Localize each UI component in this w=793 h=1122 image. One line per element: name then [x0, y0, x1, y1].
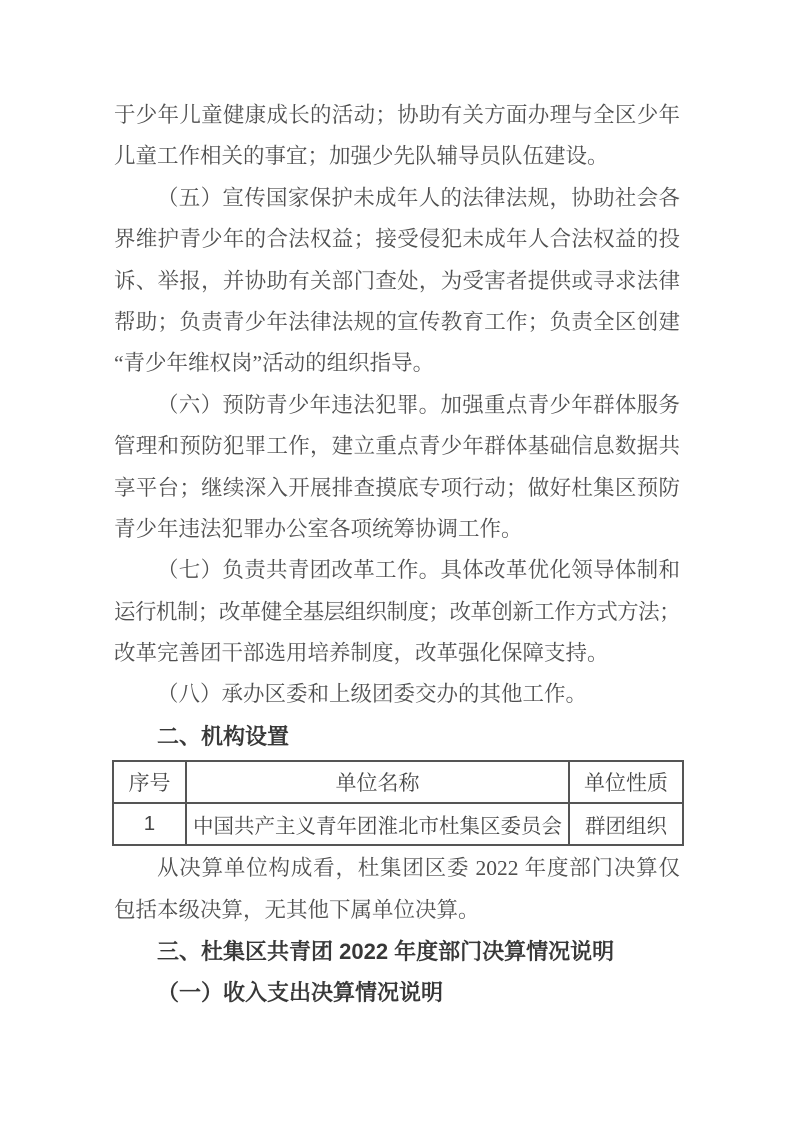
paragraph-duty-8: （八）承办区委和上级团委交办的其他工作。 [114, 674, 680, 715]
text-line: 管理和预防犯罪工作，建立重点青少年群体基础信息数据共 [114, 426, 680, 467]
table-header-unit-name: 单位名称 [186, 761, 569, 803]
text-line: 改革完善团干部选用培养制度，改革强化保障支持。 [114, 633, 680, 674]
text-line: 青少年违法犯罪办公室各项统筹协调工作。 [114, 509, 680, 550]
text-line: （六）预防青少年违法犯罪。加强重点青少年群体服务 [114, 385, 680, 426]
section-heading-organization: 二、机构设置 [114, 716, 680, 757]
organization-table: 序号 单位名称 单位性质 1 中国共产主义青年团淮北市杜集区委员会 群团组织 [112, 760, 684, 846]
section-heading-budget-statement: 三、杜集区共青团 2022 年度部门决算情况说明 [114, 931, 680, 972]
text-line: 于少年儿童健康成长的活动；协助有关方面办理与全区少年 [114, 95, 680, 136]
text-line: 儿童工作相关的事宜；加强少先队辅导员队伍建设。 [114, 136, 680, 177]
text-line: （五）宣传国家保护未成年人的法律法规，协助社会各 [114, 178, 680, 219]
cell-unit-type: 群团组织 [569, 803, 683, 845]
paragraph-budget-composition: 从决算单位构成看，杜集团区委 2022 年度部门决算仅包括本级决算，无其他下属单… [114, 848, 680, 931]
text-line: （八）承办区委和上级团委交办的其他工作。 [114, 674, 680, 715]
cell-unit-name: 中国共产主义青年团淮北市杜集区委员会 [186, 803, 569, 845]
table-row: 1 中国共产主义青年团淮北市杜集区委员会 群团组织 [113, 803, 683, 845]
paragraph-continued-duties: 于少年儿童健康成长的活动；协助有关方面办理与全区少年儿童工作相关的事宜；加强少先… [114, 95, 680, 178]
text-line: “青少年维权岗”活动的组织指导。 [114, 343, 680, 384]
paragraph-duty-5: （五）宣传国家保护未成年人的法律法规，协助社会各界维护青少年的合法权益；接受侵犯… [114, 178, 680, 385]
table-header-row: 序号 单位名称 单位性质 [113, 761, 683, 803]
text-line: 帮助；负责青少年法律法规的宣传教育工作；负责全区创建 [114, 302, 680, 343]
cell-seq: 1 [113, 803, 186, 845]
text-line: 运行机制；改革健全基层组织制度；改革创新工作方式方法； [114, 592, 680, 633]
subsection-heading-income-expense: （一）收入支出决算情况说明 [114, 972, 680, 1013]
text-line: 界维护青少年的合法权益；接受侵犯未成年人合法权益的投 [114, 219, 680, 260]
text-line: 包括本级决算，无其他下属单位决算。 [114, 890, 680, 931]
table-header-unit-type: 单位性质 [569, 761, 683, 803]
text-line: 诉、举报，并协助有关部门查处，为受害者提供或寻求法律 [114, 261, 680, 302]
document-page: 于少年儿童健康成长的活动；协助有关方面办理与全区少年儿童工作相关的事宜；加强少先… [0, 0, 793, 1122]
paragraph-duty-7: （七）负责共青团改革工作。具体改革优化领导体制和运行机制；改革健全基层组织制度；… [114, 550, 680, 674]
table-header-seq: 序号 [113, 761, 186, 803]
document-content: 于少年儿童健康成长的活动；协助有关方面办理与全区少年儿童工作相关的事宜；加强少先… [114, 95, 680, 1014]
paragraph-duty-6: （六）预防青少年违法犯罪。加强重点青少年群体服务管理和预防犯罪工作，建立重点青少… [114, 385, 680, 551]
text-line: 享平台；继续深入开展排查摸底专项行动；做好杜集区预防 [114, 468, 680, 509]
text-line: 从决算单位构成看，杜集团区委 2022 年度部门决算仅 [114, 848, 680, 889]
text-line: （七）负责共青团改革工作。具体改革优化领导体制和 [114, 550, 680, 591]
